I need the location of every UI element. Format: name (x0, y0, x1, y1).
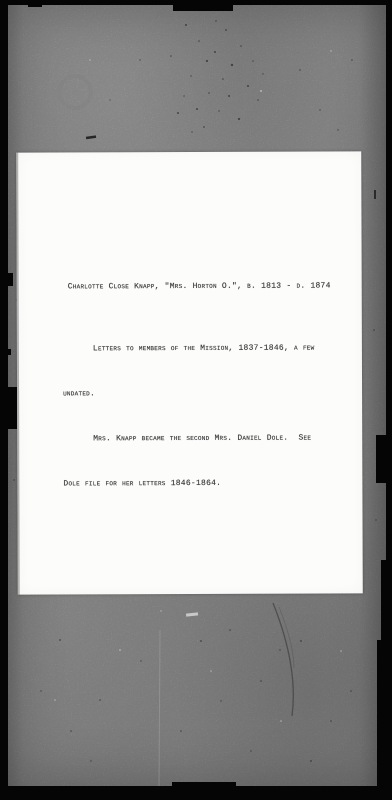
edge-nub-left (0, 273, 13, 286)
edge-thickening-right-lower (377, 640, 392, 800)
sprocket-notch-right (376, 435, 392, 483)
card-line: undated. (63, 386, 331, 402)
card-line: Dole file for her letters 1846-1864. (63, 476, 331, 492)
card-line: Mrs. Knapp became the second Mrs. Daniel… (63, 431, 331, 447)
edge-thickening-right-upper (381, 560, 392, 645)
sprocket-notch-left (0, 387, 17, 429)
microfilm-scan-frame: Charlotte Close Knapp, "Mrs. Horton O.",… (0, 0, 392, 800)
document-card: Charlotte Close Knapp, "Mrs. Horton O.",… (16, 151, 363, 594)
edge-nub-top-left (28, 0, 42, 7)
card-text-block: Charlotte Close Knapp, "Mrs. Horton O.",… (63, 249, 332, 522)
sprocket-notch-bottom (172, 782, 236, 800)
sprocket-notch-top (173, 0, 233, 11)
card-title: Charlotte Close Knapp, "Mrs. Horton O.",… (63, 279, 331, 295)
card-line: Letters to members of the Mission, 1837-… (63, 341, 331, 357)
edge-nub-left-small (6, 349, 11, 355)
